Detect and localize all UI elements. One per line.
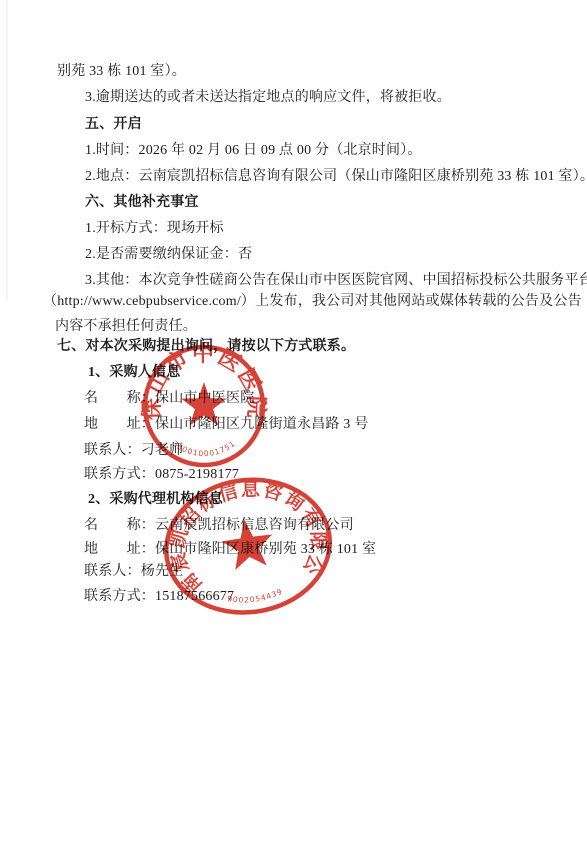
agency-address: 地 址：保山市隆阳区康桥别苑 33 栋 101 室: [84, 541, 376, 558]
late-delivery-note: 3.逾期送达的或者未送达指定地点的响应文件，将被拒收。: [85, 89, 451, 106]
purchaser-heading: 1、采购人信息: [88, 364, 180, 381]
opening-place-line: 2.地点：云南宸凯招标信息咨询有限公司（保山市隆阳区康桥别苑 33 栋 101 …: [85, 168, 587, 185]
agency-seal-serial: 9002054439: [225, 586, 284, 607]
hospital-seal: 保山市中医医院 330010001751: [134, 342, 276, 482]
bid-method-line: 1.开标方式：现场开标: [85, 220, 224, 237]
scan-artifact: [6, 0, 8, 300]
agency-contact: 联系人：杨先生: [84, 563, 183, 580]
hospital-seal-graphic: 保山市中医医院 330010001751: [134, 342, 276, 482]
other-notes-line3: 内容不承担任何责任。: [55, 318, 197, 335]
document-page: 别苑 33 栋 101 室）。 3.逾期送达的或者未送达指定地点的响应文件，将被…: [0, 0, 587, 860]
agency-heading: 2、采购代理机构信息: [88, 491, 223, 508]
other-notes-line1: 3.其他：本次竞争性磋商公告在保山市中医医院官网、中国招标投标公共服务平台: [85, 272, 587, 289]
carryover-line: 别苑 33 栋 101 室）。: [57, 63, 186, 80]
deposit-line: 2.是否需要缴纳保证金：否: [85, 246, 252, 263]
agency-phone: 联系方式：15187566677: [84, 588, 234, 605]
purchaser-contact: 联系人：刁老师: [84, 442, 183, 459]
purchaser-address: 地 址：保山市隆阳区九隆街道永昌路 3 号: [84, 416, 368, 433]
section5-title: 五、开启: [85, 116, 142, 133]
opening-time-line: 1.时间：2026 年 02 月 06 日 09 点 00 分（北京时间）。: [85, 142, 422, 159]
purchaser-name: 名 称：保山市中医医院: [84, 390, 254, 407]
section7-title: 七、对本次采购提出询问，请按以下方式联系。: [57, 338, 355, 355]
purchaser-phone: 联系方式：0875-2198177: [84, 466, 239, 483]
agency-name: 名 称：云南宸凯招标信息咨询有限公司: [84, 517, 354, 534]
other-notes-line2: （http://www.cebpubservice.com/）上发布，我公司对其…: [43, 293, 582, 310]
section6-title: 六、其他补充事宜: [85, 194, 199, 211]
